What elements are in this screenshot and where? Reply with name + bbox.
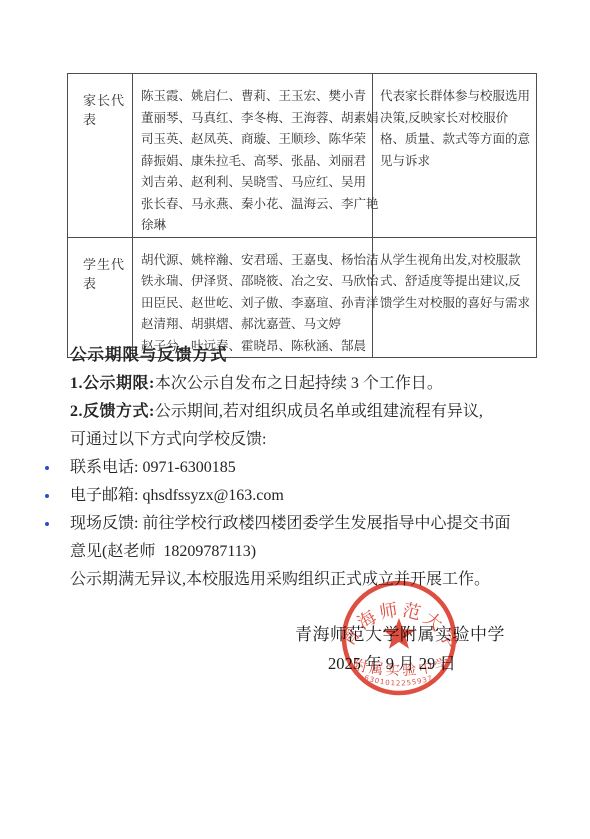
item1-label: 1.公示期限:	[70, 375, 155, 392]
item2-label: 2.反馈方式:	[70, 403, 155, 420]
notice-item-1: 1.公示期限:本次公示自发布之日起持续 3 个工作日。	[70, 370, 545, 398]
email-address: qhsdfssyzx@163.com	[138, 487, 283, 504]
contact-phone-line: 联系电话: 0971-6300185	[70, 454, 545, 482]
signature-date: 2025 年 9 月 29 日	[328, 650, 456, 674]
onsite-text: 前往学校行政楼四楼团委学生发展指导中心提交书面	[138, 515, 510, 532]
phone-label: 联系电话:	[70, 459, 138, 476]
committee-table: 家长代表 陈玉霞、姚启仁、曹莉、王玉宏、樊小青董丽琴、马真红、李冬梅、王海蓉、胡…	[67, 73, 537, 358]
seal-code: 6301012255937	[363, 674, 434, 688]
parent-member-names: 陈玉霞、姚启仁、曹莉、王玉宏、樊小青董丽琴、马真红、李冬梅、王海蓉、胡素娟司玉英…	[133, 74, 373, 238]
notice-item-2-cont: 可通过以下方式向学校反馈:	[70, 426, 545, 454]
onsite-label: 现场反馈:	[70, 515, 138, 532]
notice-item-2: 2.反馈方式:公示期间,若对组织成员名单或组建流程有异议,	[70, 398, 545, 426]
onsite-feedback-line: 现场反馈: 前往学校行政楼四楼团委学生发展指导中心提交书面	[70, 510, 545, 538]
email-label: 电子邮箱:	[70, 487, 138, 504]
parent-duty-description: 代表家长群体参与校服选用决策,反映家长对校服价格、质量、款式等方面的意见与诉求	[373, 74, 537, 238]
phone-number: 0971-6300185	[138, 459, 235, 476]
document-page: 家长代表 陈玉霞、姚启仁、曹莉、王玉宏、樊小青董丽琴、马真红、李冬梅、王海蓉、胡…	[0, 0, 590, 839]
closing-statement: 公示期满无异议,本校服选用采购组织正式成立并开展工作。	[70, 566, 545, 594]
school-signature: 青海师范大学附属实验中学	[295, 620, 505, 645]
notice-section: 公示期限与反馈方式 1.公示期限:本次公示自发布之日起持续 3 个工作日。 2.…	[70, 340, 545, 594]
contact-email-line: 电子邮箱: qhsdfssyzx@163.com	[70, 482, 545, 510]
svg-text:6301012255937: 6301012255937	[363, 674, 434, 688]
section-heading: 公示期限与反馈方式	[70, 340, 545, 370]
item2-text: 公示期间,若对组织成员名单或组建流程有异议,	[155, 403, 483, 420]
item1-text: 本次公示自发布之日起持续 3 个工作日。	[155, 375, 443, 392]
table-row-parents: 家长代表 陈玉霞、姚启仁、曹莉、王玉宏、樊小青董丽琴、马真红、李冬梅、王海蓉、胡…	[68, 74, 537, 238]
onsite-feedback-cont: 意见(赵老师 18209787113)	[70, 538, 545, 566]
role-label-parents: 家长代表	[68, 74, 133, 238]
